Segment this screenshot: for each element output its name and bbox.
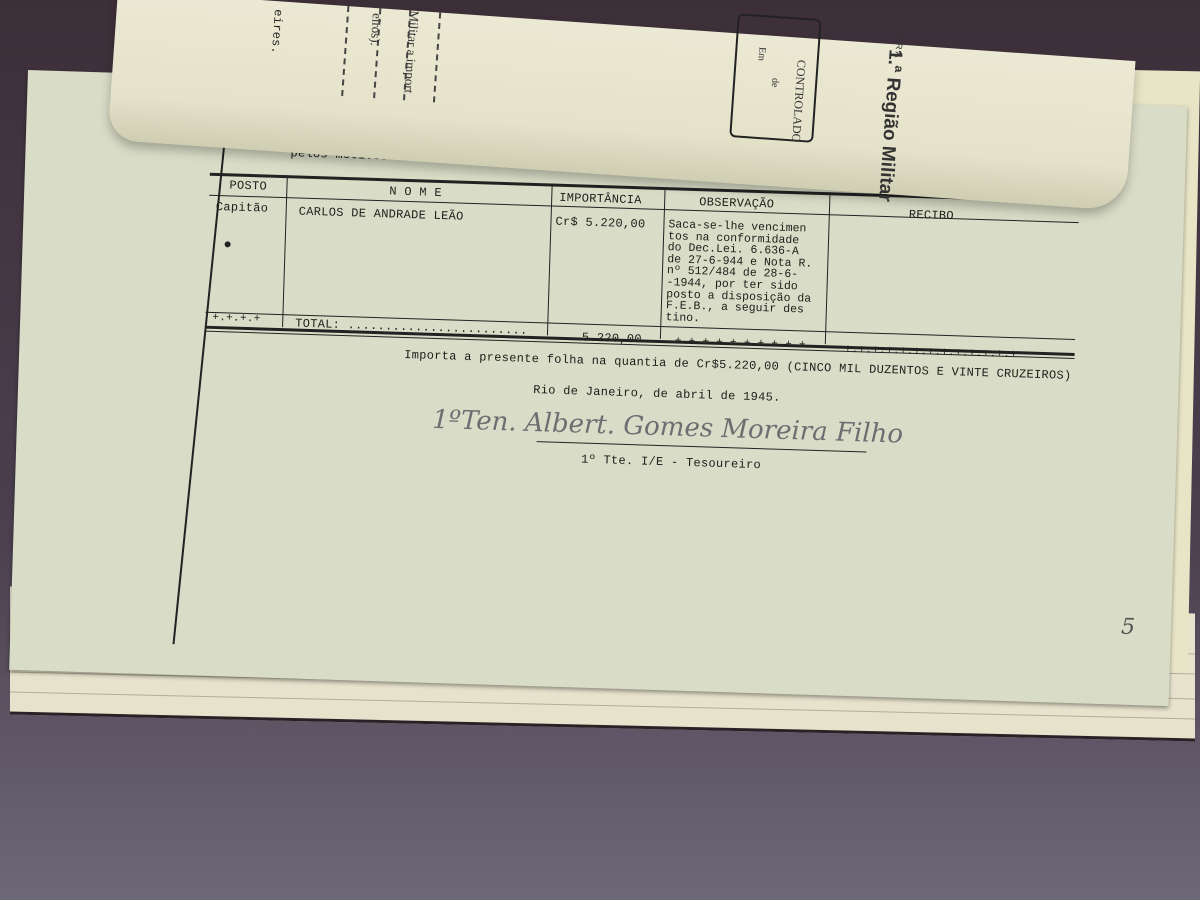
column-header-observacao: OBSERVAÇÃO bbox=[699, 195, 774, 211]
column-header-recibo: RECIBO bbox=[909, 208, 954, 223]
curl-fragment-1: o Militar a import bbox=[401, 0, 423, 94]
cell-nome: CARLOS DE ANDRADE LEÃO bbox=[298, 205, 463, 224]
column-header-nome: N O M E bbox=[389, 184, 442, 200]
total-posto-filler: +.+.+.+ bbox=[212, 312, 261, 326]
curl-fragment-2: eiros). bbox=[367, 13, 385, 47]
region-title: 1.ª Região Militar bbox=[873, 49, 906, 203]
signer-title: 1º Tte. I/E - Tesoureiro bbox=[581, 453, 761, 473]
treasurer-signature: 1ºTen. Albert. Gomes Moreira Filho bbox=[432, 405, 904, 450]
de-label: de bbox=[769, 78, 781, 88]
curl-fragment-3: eires. bbox=[268, 9, 285, 55]
cell-recibo bbox=[831, 220, 1074, 327]
controlled-label: CONTROLADO bbox=[788, 59, 809, 143]
controlled-stamp-box: CONTROLADO Em de bbox=[729, 13, 821, 143]
column-header-importancia: IMPORTÂNCIA bbox=[559, 191, 642, 208]
page-number: 5 bbox=[1121, 615, 1136, 640]
em-label: Em bbox=[756, 47, 768, 62]
punch-hole bbox=[225, 241, 231, 247]
column-header-posto: POSTO bbox=[229, 178, 267, 193]
cell-observacao: Saca-se-lhe vencimen tos na conformidade… bbox=[665, 219, 813, 328]
cell-posto: Capitão bbox=[216, 200, 269, 216]
margin-line bbox=[173, 87, 232, 644]
place-date: Rio de Janeiro, de abril de 1945. bbox=[533, 383, 781, 405]
cell-importancia: Cr$ 5.220,00 bbox=[555, 215, 645, 232]
